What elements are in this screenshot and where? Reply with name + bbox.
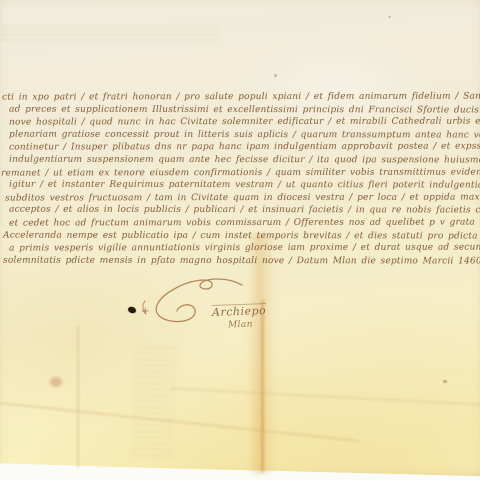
signature-title: Archiepo [212,304,267,319]
stain-blotch [50,377,62,387]
manuscript-line: solemnitatis pdicte mensis in pfato magn… [3,254,480,267]
manuscript-line: ad preces et supplicationem Illustrissim… [9,103,480,116]
manuscript-line: et cedet hoc ad fructum animarum vobis c… [9,216,480,230]
paper-speck [274,74,277,77]
manuscript-line: continetur / Insuper plibatus dns nr pap… [9,141,480,155]
stain-streak-core [261,300,264,472]
paper-speck [388,16,391,18]
manuscript-line: Acceleranda nempe est publicatio ipa / c… [3,229,480,242]
signature-place: Mlan [228,320,253,331]
manuscript-line: indulgentiarum suspensionem quam ante he… [9,154,480,167]
verso-showthrough [131,343,177,456]
manuscript-text: cti in xpo patri / et fratri honoran / p… [0,91,480,273]
paper-speck [443,380,447,383]
manuscript-line: acceptos / et alios in locis publicis / … [9,204,480,217]
signature-cross: + [141,306,149,317]
fold-crease-vertical [77,326,79,468]
manuscript-photo: cti in xpo patri / et fratri honoran / p… [0,0,480,480]
manuscript-line: nove hospitali / quod nunc in hac Civita… [9,116,480,130]
manuscript-line: remanet / ut etiam ex tenore eiusdem con… [1,166,480,180]
manuscript-line: igitur / et instanter Requirimus paterni… [9,179,480,192]
paper-fiber-band [0,24,220,42]
manuscript-line: a primis vesperis vigilie annuntiationis… [9,242,480,256]
manuscript-line: cti in xpo patri / et fratri honoran / p… [2,91,480,104]
